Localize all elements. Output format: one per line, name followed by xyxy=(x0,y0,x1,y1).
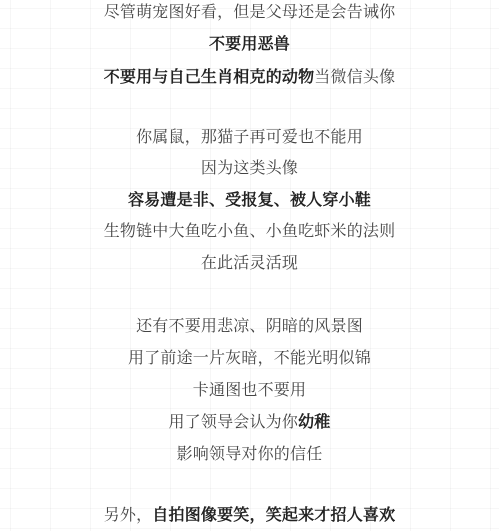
text-segment: 用了领导会认为你 xyxy=(168,412,298,431)
emphasis-text: 自拍图像要笑，笑起来才招人喜欢 xyxy=(152,505,395,524)
text-line: 因为这类头像 xyxy=(0,156,499,180)
text-segment: 还有不要用悲凉、阴暗的风景图 xyxy=(136,316,363,335)
text-segment: 卡通图也不要用 xyxy=(193,380,306,399)
text-line-bold: 容易遭是非、受报复、被人穿小鞋 xyxy=(0,188,499,212)
text-segment: 另外， xyxy=(104,505,153,524)
text-segment: 生物链中大鱼吃小鱼、小鱼吃虾米的法则 xyxy=(104,221,396,240)
text-line: 用了前途一片灰暗，不能光明似锦 xyxy=(0,346,499,370)
text-line: 在此活灵活现 xyxy=(0,251,499,275)
emphasis-text: 不要用与自己生肖相克的动物 xyxy=(104,67,315,86)
text-segment: 影响领导对你的信任 xyxy=(177,444,323,463)
text-segment: 用了前途一片灰暗，不能光明似锦 xyxy=(128,348,371,367)
text-segment: 当微信头像 xyxy=(314,67,395,86)
text-line: 另外，自拍图像要笑，笑起来才招人喜欢 xyxy=(0,503,499,527)
text-segment: 因为这类头像 xyxy=(201,158,298,177)
emphasis-text: 幼稚 xyxy=(298,412,330,431)
text-segment: 在此活灵活现 xyxy=(201,253,298,272)
text-line: 你属鼠，那猫子再可爱也不能用 xyxy=(0,125,499,149)
text-line: 用了领导会认为你幼稚 xyxy=(0,410,499,434)
text-segment: 你属鼠，那猫子再可爱也不能用 xyxy=(136,127,363,146)
text-line: 还有不要用悲凉、阴暗的风景图 xyxy=(0,314,499,338)
emphasis-text: 不要用恶兽 xyxy=(209,34,290,53)
text-line: 影响领导对你的信任 xyxy=(0,442,499,466)
emphasis-text: 容易遭是非、受报复、被人穿小鞋 xyxy=(128,190,371,209)
text-line: 卡通图也不要用 xyxy=(0,378,499,402)
text-segment: 尽管萌宠图好看，但是父母还是会告诫你 xyxy=(104,2,396,21)
text-line-bold: 不要用恶兽 xyxy=(0,32,499,56)
text-line: 不要用与自己生肖相克的动物当微信头像 xyxy=(0,65,499,89)
text-line: 尽管萌宠图好看，但是父母还是会告诫你 xyxy=(0,0,499,24)
text-line: 生物链中大鱼吃小鱼、小鱼吃虾米的法则 xyxy=(0,219,499,243)
